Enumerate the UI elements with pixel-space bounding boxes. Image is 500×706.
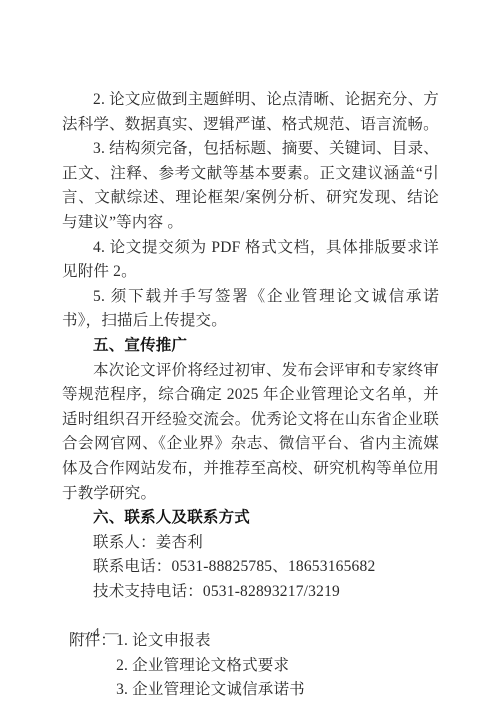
paragraph-structure-requirements: 3. 结构须完备，包括标题、摘要、关键词、目录、正文、注释、参考文献等基本要素。… — [62, 137, 439, 235]
section-heading-contact: 六、联系人及联系方式 — [62, 506, 439, 531]
contact-phone-line: 联系电话：0531-88825785、18653165682 — [62, 555, 439, 580]
paragraph-quality-requirements: 2. 论文应做到主题鲜明、论点清晰、论据充分、方法科学、数据真实、逻辑严谨、格式… — [62, 88, 439, 137]
document-body: 2. 论文应做到主题鲜明、论点清晰、论据充分、方法科学、数据真实、逻辑严谨、格式… — [62, 88, 439, 703]
paragraph-promotion-details: 本次论文评价将经过初审、发布会评审和专家终审等规范程序，综合确定 2025 年企… — [62, 359, 439, 507]
attachment-item-integrity-pledge: 3. 企业管理论文诚信承诺书 — [116, 678, 305, 703]
attachments-list: 1. 论文申报表 2. 企业管理论文格式要求 3. 企业管理论文诚信承诺书 — [116, 629, 305, 703]
paragraph-integrity-pledge-requirement: 5. 须下载并手写签署《企业管理论文诚信承诺书》，扫描后上传提交。 — [62, 285, 439, 334]
section-heading-promotion: 五、宣传推广 — [62, 334, 439, 359]
page-number: — 4 — — [74, 625, 120, 641]
attachment-item-application-form: 1. 论文申报表 — [116, 629, 305, 654]
paragraph-pdf-format-requirement: 4. 论文提交须为 PDF 格式文档，具体排版要求详见附件 2。 — [62, 236, 439, 285]
contact-person-line: 联系人：姜杏利 — [62, 531, 439, 556]
document-page: 2. 论文应做到主题鲜明、论点清晰、论据充分、方法科学、数据真实、逻辑严谨、格式… — [0, 0, 500, 706]
attachment-item-format-requirements: 2. 企业管理论文格式要求 — [116, 654, 305, 679]
support-phone-line: 技术支持电话：0531-82893217/3219 — [62, 580, 439, 605]
